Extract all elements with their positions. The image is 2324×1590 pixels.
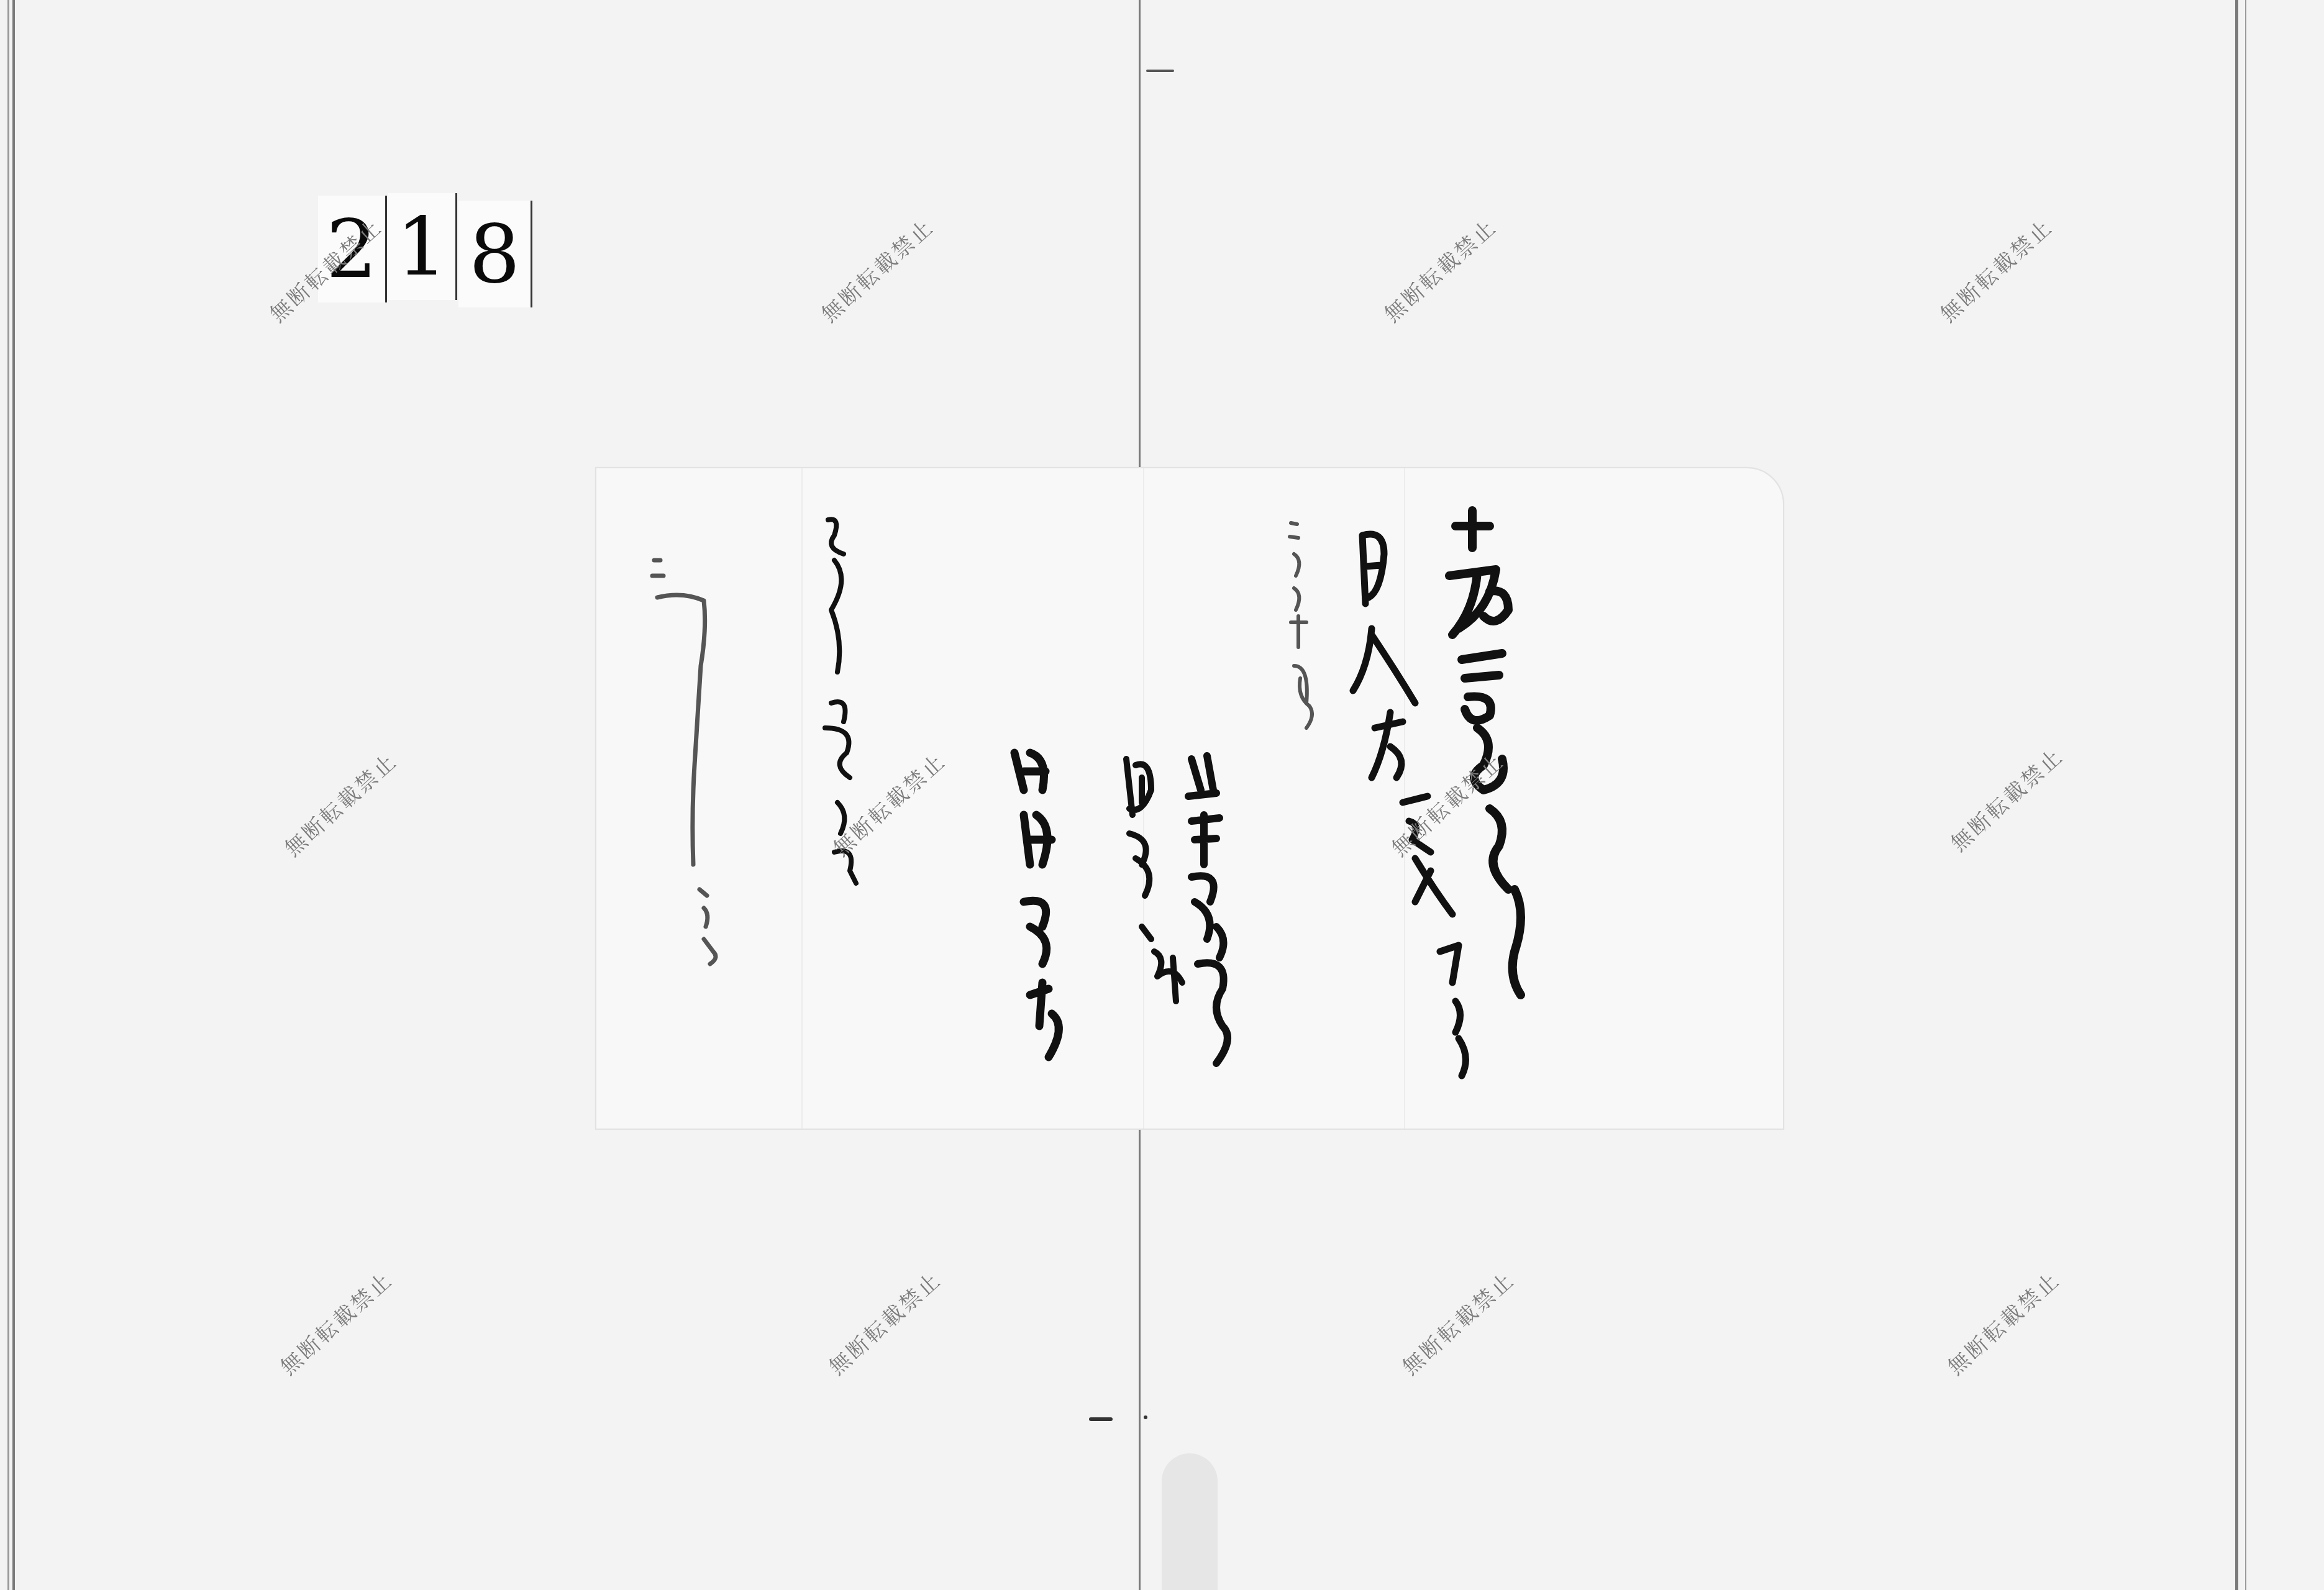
- watermark: 無断転載禁止: [274, 742, 401, 860]
- page-number-tag: 2 1 8: [318, 196, 534, 314]
- digit-card: 8: [458, 201, 532, 307]
- watermark: 無断転載禁止: [1930, 208, 2057, 326]
- watermark: 無断転載禁止: [1392, 1261, 1519, 1379]
- digit-card: 1: [388, 193, 457, 300]
- watermark: 無断転載禁止: [818, 1261, 946, 1379]
- right-edge-line: [2245, 0, 2246, 1590]
- watermark: 無断転載禁止: [270, 1261, 397, 1379]
- right-binding-line: [2235, 0, 2238, 1590]
- scanned-page: 2 1 8: [0, 0, 2324, 1590]
- watermark: 無断転載禁止: [1940, 737, 2067, 855]
- ink-mark: [1089, 1417, 1113, 1421]
- watermark: 無断転載禁止: [811, 208, 938, 326]
- watermark: 無断転載禁止: [1937, 1261, 2064, 1379]
- ink-mark: [1146, 70, 1174, 72]
- watermark: 無断転載禁止: [1374, 208, 1501, 326]
- paper-stain: [1162, 1453, 1218, 1590]
- calligraphy-strokes: [595, 467, 1782, 1127]
- digit-card: 2: [318, 196, 387, 302]
- ink-mark: [1144, 1415, 1147, 1419]
- left-edge-line: [7, 0, 9, 1590]
- left-binding-line: [12, 0, 15, 1590]
- handwritten-text: [595, 467, 1782, 1127]
